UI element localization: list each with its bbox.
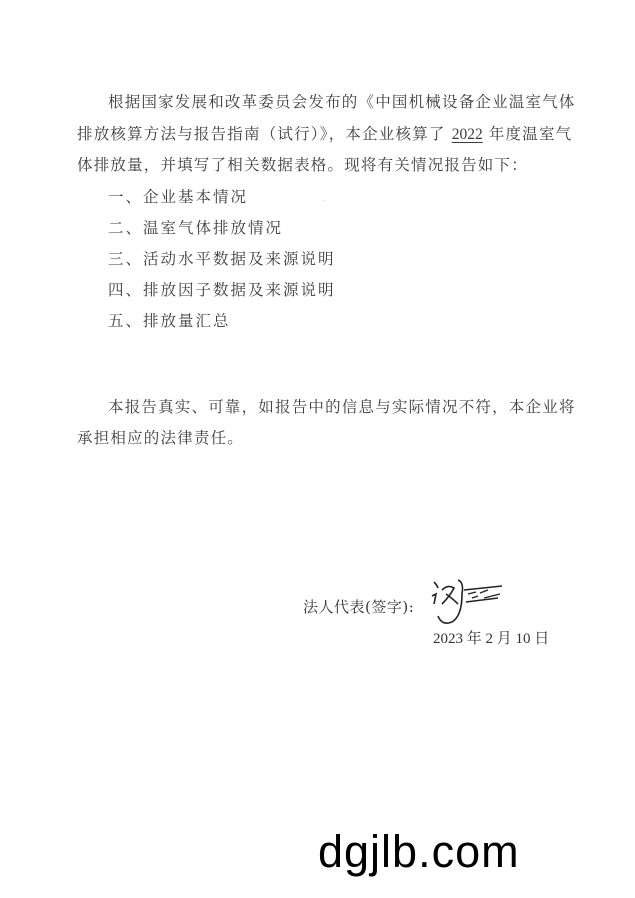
declaration-line-2: 承担相应的法律责任。: [77, 428, 244, 448]
intro-line-2-post: 年度温室气: [483, 125, 573, 143]
intro-line-2-pre: 排放核算方法与报告指南（试行）》，本企业核算了: [77, 125, 452, 143]
section-item: 五、排放量汇总: [108, 311, 231, 331]
scan-speck: [324, 200, 325, 201]
report-year: 2022: [452, 126, 483, 143]
document-page: 根据国家发展和改革委员会发布的《中国机械设备企业温室气体 排放核算方法与报告指南…: [0, 0, 635, 898]
intro-line-1: 根据国家发展和改革委员会发布的《中国机械设备企业温室气体: [108, 92, 576, 112]
section-item: 三、活动水平数据及来源说明: [108, 249, 336, 269]
declaration-line-1: 本报告真实、可靠，如报告中的信息与实际情况不符，本企业将: [108, 397, 576, 417]
signature-date: 2023 年 2 月 10 日: [433, 627, 549, 648]
intro-line-2: 排放核算方法与报告指南（试行）》，本企业核算了 2022 年度温室气: [77, 124, 572, 145]
intro-line-3: 体排放量，并填写了相关数据表格。现将有关情况报告如下：: [77, 155, 528, 175]
section-item: 一、企业基本情况: [108, 187, 248, 207]
signature-label: 法人代表(签字):: [303, 596, 414, 617]
handwritten-signature-icon: [428, 576, 510, 630]
section-item: 四、排放因子数据及来源说明: [108, 280, 336, 300]
watermark-text: dgjlb.com: [318, 824, 520, 880]
section-item: 二、温室气体排放情况: [108, 218, 283, 238]
